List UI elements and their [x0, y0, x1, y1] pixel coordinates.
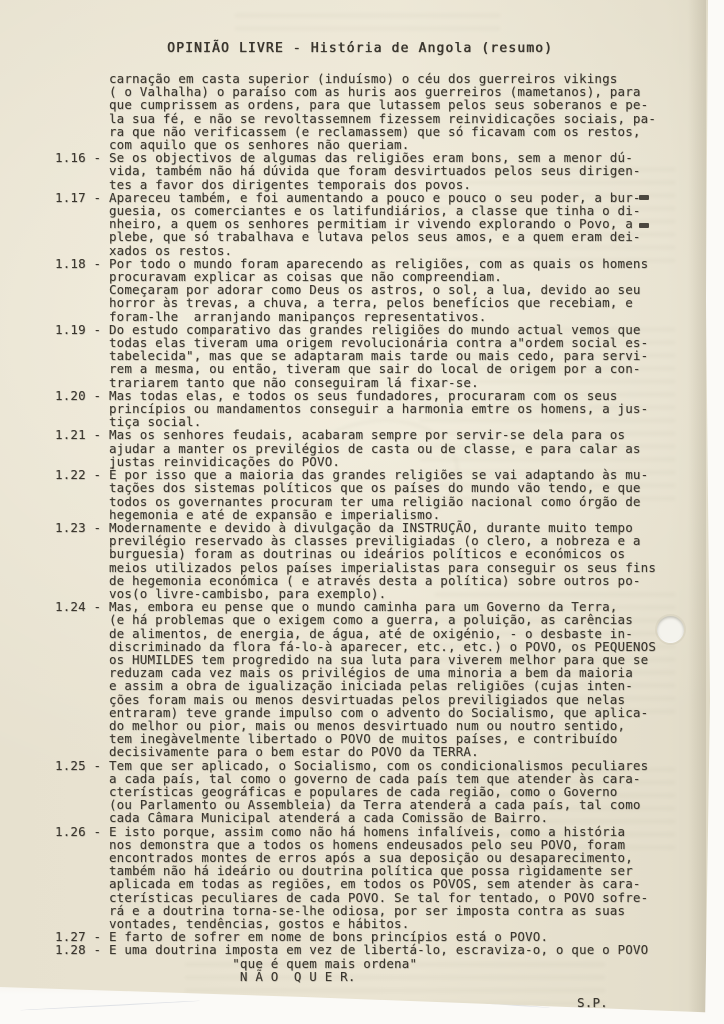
- bleedthrough-smudge: [235, 6, 500, 36]
- pencil-mark: [20, 1000, 200, 1010]
- page-right-edge-shadow: [688, 0, 706, 1024]
- document-body-text: carnação em casta superior (induísmo) o …: [55, 72, 656, 983]
- hole-punch: [657, 616, 684, 643]
- page-title: OPINIÃO LIVRE - História de Angola (resu…: [167, 41, 553, 56]
- paper-sheet: OPINIÃO LIVRE - História de Angola (resu…: [0, 0, 724, 1024]
- scan-background-right: [705, 0, 724, 1024]
- scanned-document-page: OPINIÃO LIVRE - História de Angola (resu…: [0, 0, 724, 1024]
